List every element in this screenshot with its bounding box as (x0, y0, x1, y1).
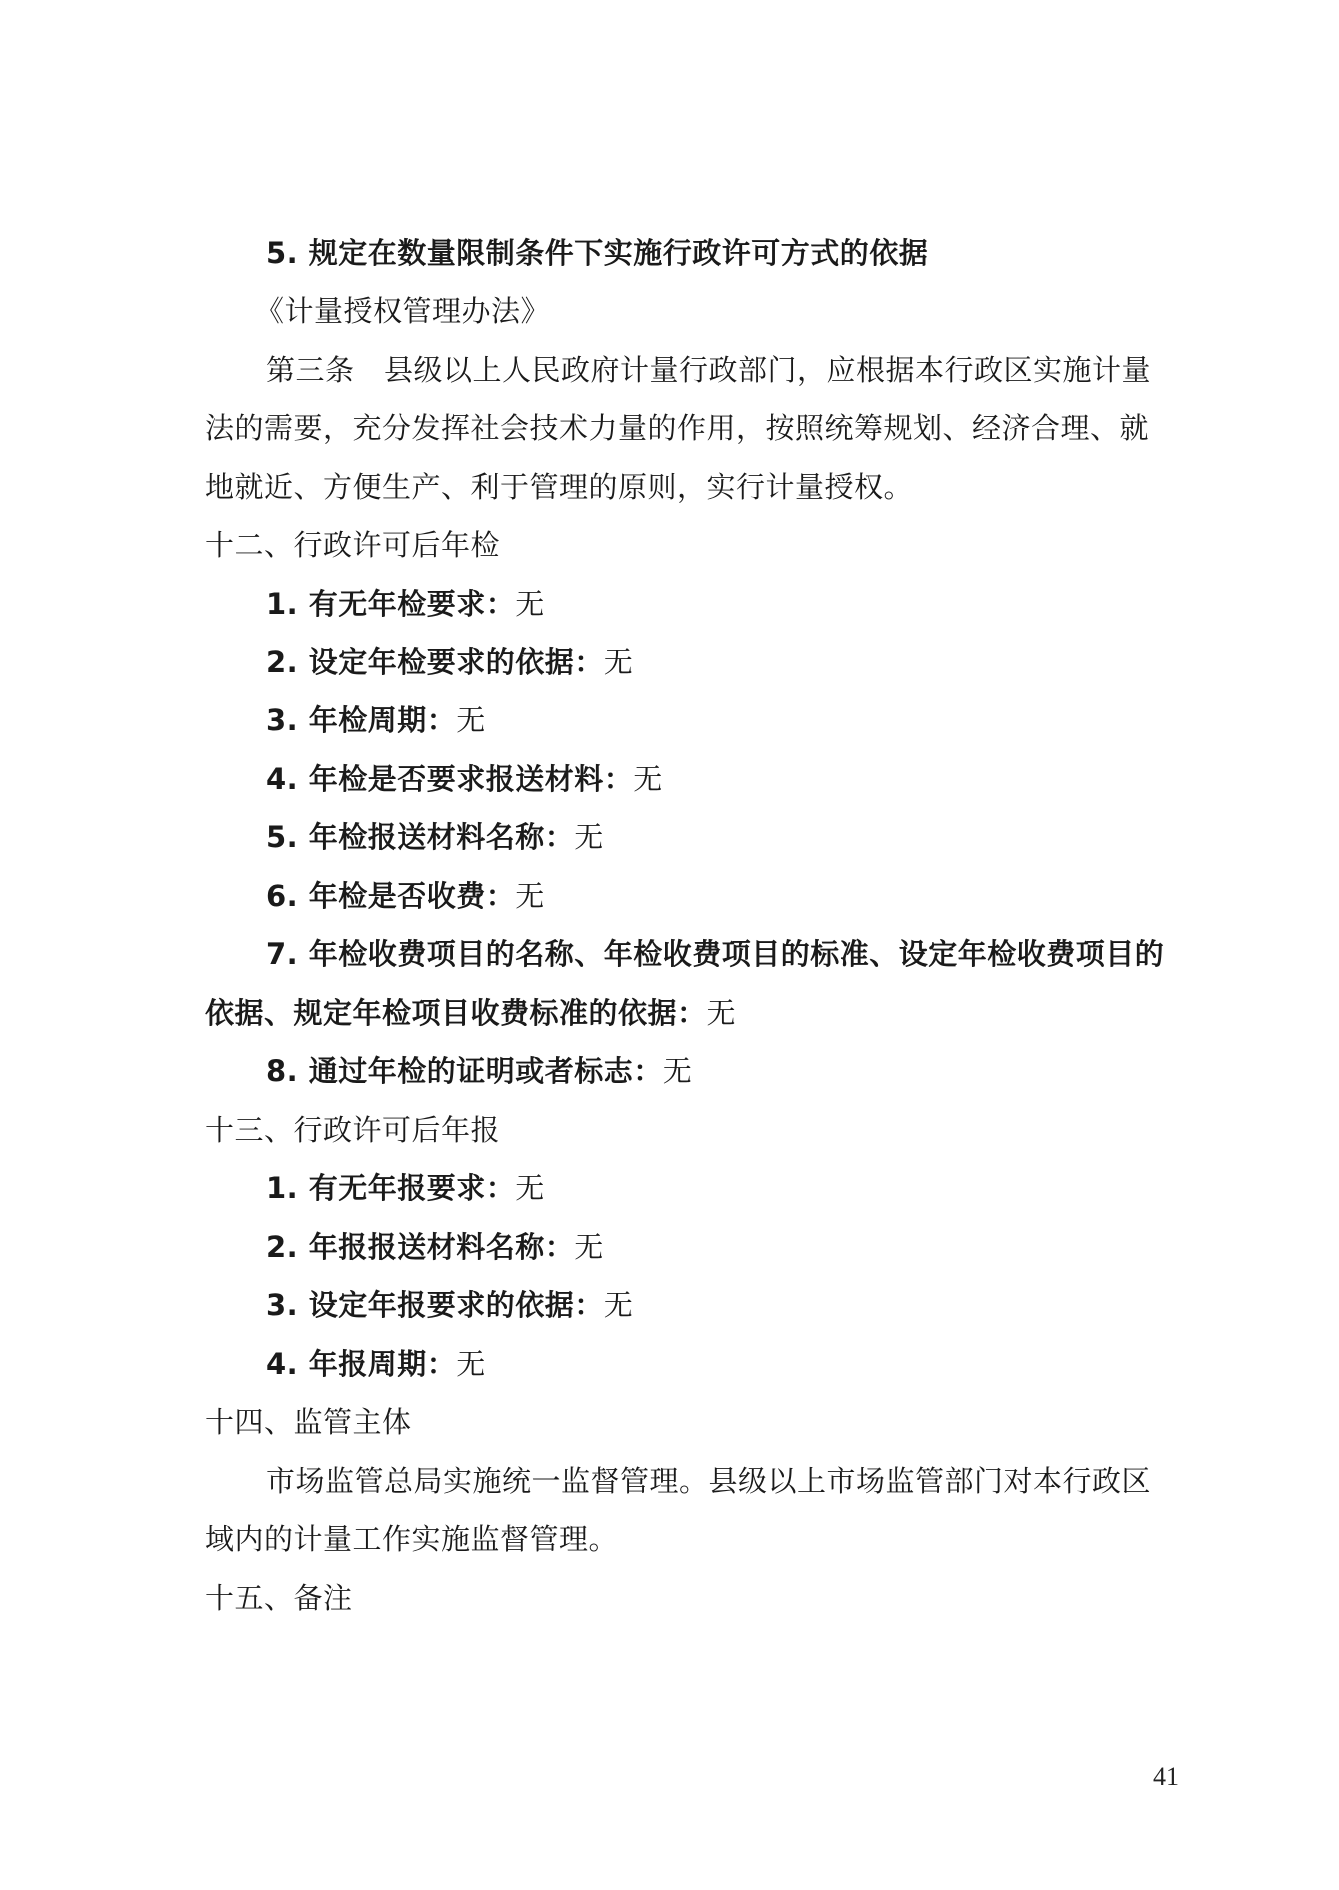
item-label: 2. 设定年检要求的依据： (266, 645, 604, 679)
section-12-item-7-line-1: 7. 年检收费项目的名称、年检收费项目的标准、设定年检收费项目的 (266, 934, 1164, 974)
section-12-item-1: 1. 有无年检要求：无 (266, 584, 545, 624)
item-value: 无 (707, 996, 737, 1030)
item-5-heading: 5. 规定在数量限制条件下实施行政许可方式的依据 (266, 233, 928, 273)
item-label: 2. 年报报送材料名称： (266, 1230, 574, 1264)
item-value: 无 (456, 1347, 486, 1381)
item-label: 5. 年检报送材料名称： (266, 820, 574, 854)
article-3-line-1: 第三条 县级以上人民政府计量行政部门，应根据本行政区实施计量 (266, 350, 1151, 390)
item-value: 无 (515, 587, 545, 621)
section-13-item-3: 3. 设定年报要求的依据：无 (266, 1285, 633, 1325)
section-14-paragraph-line-2: 域内的计量工作实施监督管理。 (205, 1519, 618, 1559)
item-label: 4. 年报周期： (266, 1347, 456, 1381)
item-value: 无 (663, 1054, 693, 1088)
section-15-heading: 十五、备注 (205, 1578, 353, 1618)
section-12-item-5: 5. 年检报送材料名称：无 (266, 817, 604, 857)
item-value: 无 (574, 1230, 604, 1264)
item-label: 依据、规定年检项目收费标准的依据： (205, 996, 707, 1030)
item-value: 无 (604, 1288, 634, 1322)
item-label: 3. 年检周期： (266, 703, 456, 737)
page-number: 41 (1153, 1762, 1179, 1792)
item-label: 3. 设定年报要求的依据： (266, 1288, 604, 1322)
section-14-paragraph-line-1: 市场监管总局实施统一监督管理。县级以上市场监管部门对本行政区 (266, 1461, 1151, 1501)
section-12-item-2: 2. 设定年检要求的依据：无 (266, 642, 633, 682)
item-label: 4. 年检是否要求报送材料： (266, 762, 633, 796)
item-value: 无 (633, 762, 663, 796)
section-13-item-1: 1. 有无年报要求：无 (266, 1168, 545, 1208)
article-3-line-3: 地就近、方便生产、利于管理的原则，实行计量授权。 (205, 467, 913, 507)
item-value: 无 (515, 1171, 545, 1205)
law-title: 《计量授权管理办法》 (255, 291, 550, 331)
section-13-item-4: 4. 年报周期：无 (266, 1344, 486, 1384)
section-12-item-7-line-2: 依据、规定年检项目收费标准的依据：无 (205, 993, 736, 1033)
section-12-item-6: 6. 年检是否收费：无 (266, 876, 545, 916)
item-label: 1. 有无年检要求： (266, 587, 515, 621)
item-value: 无 (515, 879, 545, 913)
section-13-item-2: 2. 年报报送材料名称：无 (266, 1227, 604, 1267)
item-value: 无 (574, 820, 604, 854)
section-13-heading: 十三、行政许可后年报 (205, 1110, 500, 1150)
item-value: 无 (604, 645, 634, 679)
section-14-heading: 十四、监管主体 (205, 1402, 412, 1442)
section-12-heading: 十二、行政许可后年检 (205, 525, 500, 565)
item-label: 8. 通过年检的证明或者标志： (266, 1054, 663, 1088)
item-label: 1. 有无年报要求： (266, 1171, 515, 1205)
article-3-line-2: 法的需要，充分发挥社会技术力量的作用，按照统筹规划、经济合理、就 (205, 408, 1149, 448)
item-label: 6. 年检是否收费： (266, 879, 515, 913)
section-12-item-4: 4. 年检是否要求报送材料：无 (266, 759, 663, 799)
section-12-item-8: 8. 通过年检的证明或者标志：无 (266, 1051, 692, 1091)
item-value: 无 (456, 703, 486, 737)
section-12-item-3: 3. 年检周期：无 (266, 700, 486, 740)
